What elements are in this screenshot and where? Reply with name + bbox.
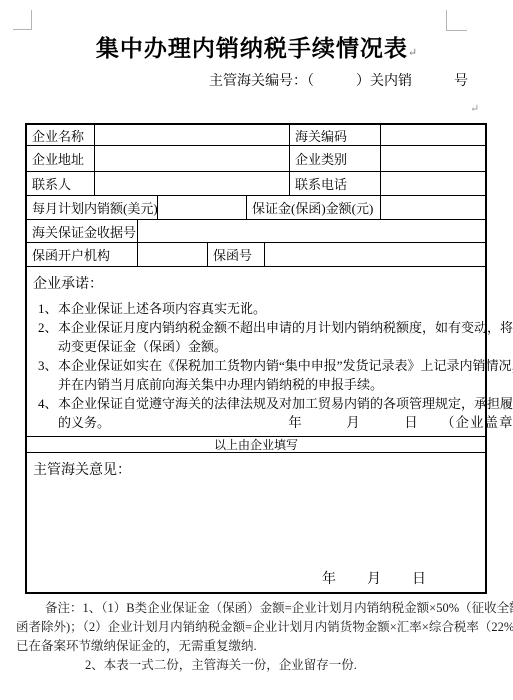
promise-item-number: 3、 (38, 356, 58, 394)
promise-item: 2、 本企业保证月度内销纳税金额不超出申请的月计划内销纳税额度，如有变动，将主 … (31, 318, 513, 356)
table-row: 以上由企业填写 (27, 437, 485, 453)
company-address-label: 企业地址 (27, 146, 95, 171)
customs-ref-number-line: 主管海关编号：（ ）关内销 号 (0, 70, 513, 90)
promise-item: 1、 本企业保证上述各项内容真实无讹。 (31, 299, 513, 318)
table-row: 企业承诺： 1、 本企业保证上述各项内容真实无讹。 2、 本企业保证月度内销纳税… (27, 267, 485, 437)
promise-item-text: 动变更保证金（保函）金额。 (58, 337, 513, 356)
note-line: 已在备案环节缴纳保证金的，无需重复缴纳. (16, 637, 508, 656)
enterprise-promise-cell: 企业承诺： 1、 本企业保证上述各项内容真实无讹。 2、 本企业保证月度内销纳税… (27, 267, 513, 436)
paragraph-mark-icon: ↵ (408, 47, 417, 59)
company-name-input[interactable] (95, 125, 290, 145)
customs-opinion-date-line: 年 月 日 (322, 568, 427, 588)
paragraph-mark-icon: ↵ (470, 102, 479, 115)
table-row: 企业名称 海关编码 (27, 125, 485, 146)
deposit-receipt-no-label: 海关保证金收据号 (27, 220, 138, 242)
customs-opinion-cell[interactable]: 主管海关意见： 年 月 日 (27, 453, 485, 592)
table-row: 主管海关意见： 年 月 日 (27, 453, 485, 592)
company-category-input[interactable] (381, 146, 485, 171)
promise-item-number: 2、 (38, 318, 58, 356)
promise-item-text: 本企业保证上述各项内容真实无讹。 (58, 299, 513, 318)
deposit-amount-label: 保证金(保函)金额(元) (247, 196, 381, 219)
table-row: 海关保证金收据号 (27, 220, 485, 243)
deposit-amount-input[interactable] (381, 196, 485, 219)
guarantee-bank-label: 保函开户机构 (27, 243, 138, 266)
note-line: 2、本表一式二份，主管海关一份，企业留存一份. (16, 656, 508, 675)
promise-item: 3、 本企业保证如实在《保税加工货物内销“集中申报”发货记录表》上记录内销情况，… (31, 356, 513, 394)
contact-person-label: 联系人 (27, 172, 95, 195)
margin-crop-mark-top-right (446, 10, 467, 31)
customs-opinion-heading: 主管海关意见： (33, 459, 485, 479)
date-and-seal-line: 年 月 日 （企业盖章） (288, 411, 513, 431)
note-line: 函者除外)；（2）企业计划月内销纳税金额=企业计划月内销货物金额×汇率×综合税率… (16, 618, 508, 637)
table-row: 企业地址 企业类别 (27, 146, 485, 172)
deposit-receipt-no-input[interactable] (138, 220, 485, 242)
note-line: 备注：1、（1）B类企业保证金（保函）金额=企业计划月内销纳税金额×50%（征收… (16, 599, 508, 618)
footer-notes: 备注：1、（1）B类企业保证金（保函）金额=企业计划月内销纳税金额×50%（征收… (16, 599, 508, 675)
table-row: 保函开户机构 保函号 (27, 243, 485, 267)
monthly-planned-sales-input[interactable] (158, 196, 247, 219)
customs-code-input[interactable] (381, 125, 485, 145)
promise-heading: 企业承诺： (33, 273, 513, 293)
contact-person-input[interactable] (95, 172, 290, 195)
page-title: 集中办理内销纳税手续情况表 (96, 36, 408, 61)
table-row: 每月计划内销额(美元) 保证金(保函)金额(元) (27, 196, 485, 220)
contact-phone-label: 联系电话 (290, 172, 381, 195)
contact-phone-input[interactable] (381, 172, 485, 195)
filled-by-enterprise-divider: 以上由企业填写 (214, 438, 298, 452)
margin-crop-mark-top-left (13, 10, 32, 30)
guarantee-bank-input[interactable] (138, 243, 208, 266)
guarantee-no-input[interactable] (265, 243, 485, 266)
form-table: 企业名称 海关编码 企业地址 企业类别 联系人 联系电话 每月计划内销额(美元)… (25, 123, 487, 594)
promise-item-number: 1、 (38, 299, 58, 318)
title-row: 集中办理内销纳税手续情况表↵ (0, 30, 513, 63)
guarantee-no-label: 保函号 (208, 243, 265, 266)
company-category-label: 企业类别 (290, 146, 381, 171)
promise-item-text: 并在内销当月底前向海关集中办理内销纳税的申报手续。 (58, 375, 513, 394)
promise-item-text: 本企业保证如实在《保税加工货物内销“集中申报”发货记录表》上记录内销情况， (58, 356, 513, 375)
table-row: 联系人 联系电话 (27, 172, 485, 196)
monthly-planned-sales-label: 每月计划内销额(美元) (27, 196, 158, 219)
promise-item-text: 本企业保证月度内销纳税金额不超出申请的月计划内销纳税额度，如有变动，将主 (58, 318, 513, 337)
company-name-label: 企业名称 (27, 125, 95, 145)
customs-code-label: 海关编码 (290, 125, 381, 145)
promise-item-number: 4、 (38, 394, 58, 432)
company-address-input[interactable] (95, 146, 290, 171)
